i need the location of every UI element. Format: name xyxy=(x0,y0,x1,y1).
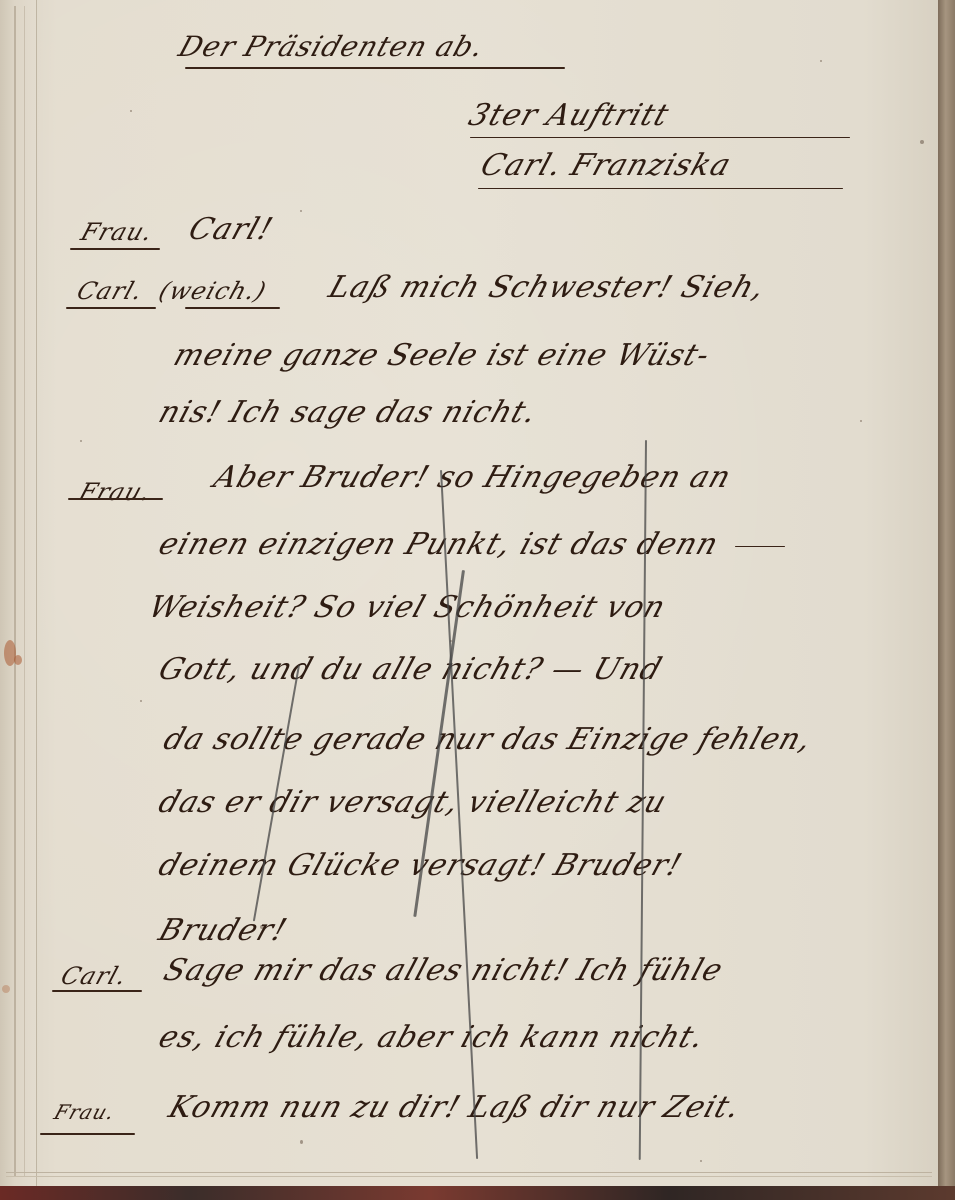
dialogue-line: einen einzigen Punkt, ist das denn xyxy=(154,527,723,562)
speaker-label: Carl. xyxy=(57,962,131,990)
speaker-label: Carl. xyxy=(73,277,147,305)
page-binding-edge xyxy=(0,0,37,1186)
dialogue-line: es, ich fühle, aber ich kann nicht. xyxy=(154,1020,709,1055)
dialogue-line: Carl! xyxy=(184,212,277,247)
speaker-underline xyxy=(68,498,163,500)
rust-stain xyxy=(14,655,22,665)
dialogue-line: Bruder! xyxy=(154,913,291,948)
manuscript-page: Der Präsidenten ab. 3ter Auftritt Carl. … xyxy=(0,0,938,1186)
scene-heading-underline xyxy=(470,137,850,138)
characters-heading: Carl. Franziska xyxy=(476,148,735,183)
speaker-underline xyxy=(40,1133,135,1135)
dialogue-line: Aber Bruder! so Hingegeben an xyxy=(209,460,735,495)
dialogue-line: Weisheit? So viel Schönheit von xyxy=(144,590,670,625)
book-cover-edge xyxy=(0,1186,955,1200)
adjacent-page-edge xyxy=(938,0,955,1200)
direction-underline xyxy=(185,307,280,309)
dialogue-line: Gott, und du alle nicht? — Und xyxy=(154,652,666,687)
page-bottom-rule xyxy=(6,1172,932,1173)
page-bottom-rule xyxy=(6,1176,932,1177)
scene-heading: 3ter Auftritt xyxy=(464,98,673,133)
speaker-label: Frau. xyxy=(75,478,155,506)
dialogue-line: nis! Ich sage das nicht. xyxy=(154,395,541,430)
speaker-underline xyxy=(66,307,156,309)
dialogue-line: Komm nun zu dir! Laß dir nur Zeit. xyxy=(164,1090,745,1125)
emphasis-underline xyxy=(735,546,785,547)
dialogue-line: meine ganze Seele ist eine Wüst- xyxy=(169,338,714,373)
characters-underline xyxy=(478,188,843,189)
speaker-underline xyxy=(70,248,160,250)
dialogue-line: da sollte gerade nur das Einzige fehlen, xyxy=(159,722,816,757)
stage-note: Der Präsidenten ab. xyxy=(175,30,489,63)
rust-stain xyxy=(2,985,10,993)
speaker-label: Frau. xyxy=(77,218,157,246)
dialogue-line: Laß mich Schwester! Sieh, xyxy=(324,270,769,305)
speaker-label: Frau. xyxy=(51,1100,118,1124)
speaker-underline xyxy=(52,990,142,992)
dialogue-line: das er dir versagt, vielleicht zu xyxy=(154,785,671,820)
stage-direction: (weich.) xyxy=(155,277,270,305)
stage-note-underline xyxy=(185,67,565,69)
